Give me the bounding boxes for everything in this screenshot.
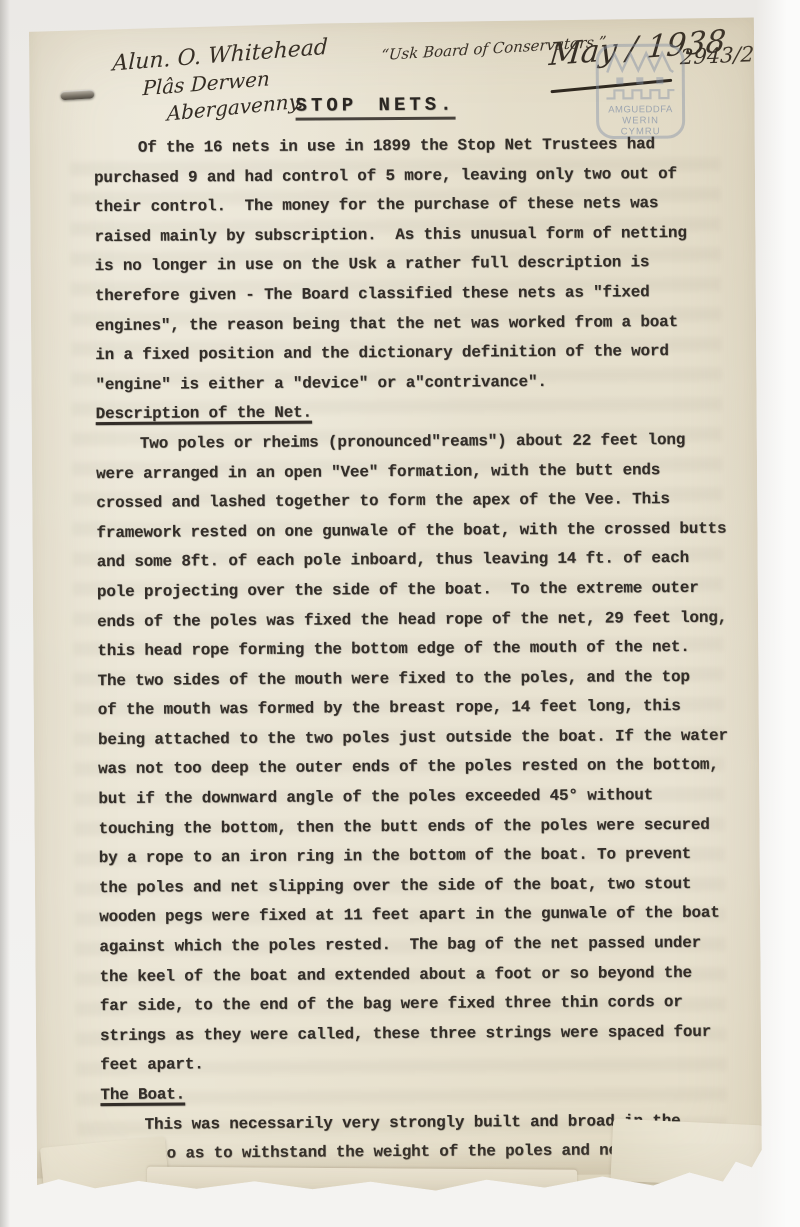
typed-line: pole projecting over the side of the boa… — [97, 573, 749, 607]
typed-line: purchased 9 and had control of 5 more, l… — [94, 159, 746, 193]
typed-line: raised mainly by subscription. As this u… — [94, 218, 746, 252]
typed-line: was not too deep the outer ends of the p… — [98, 751, 750, 785]
stamp-text-line-1: AMGUEDDFA — [608, 104, 673, 115]
typed-body: Of the 16 nets in use in 1899 the Stop N… — [94, 130, 753, 1170]
document-title: STOP NETS. — [295, 94, 455, 121]
typed-line: their control. The money for the purchas… — [94, 189, 746, 223]
typed-line: of the mouth was formed by the breast ro… — [98, 692, 750, 726]
typed-line: touching the bottom, then the butt ends … — [98, 810, 750, 844]
typed-line: by a rope to an iron ring in the bottom … — [99, 840, 751, 874]
typed-line: were arranged in an open "Vee" formation… — [96, 455, 748, 489]
typed-line: ends of the poles was fixed the head rop… — [97, 603, 749, 637]
typed-line: wooden pegs were fixed at 11 feet apart … — [99, 899, 751, 933]
typed-line: the poles and net slipping over the side… — [99, 869, 751, 903]
typed-line: the keel of the boat and extended about … — [99, 958, 751, 992]
paper-sheet: Alun. O. Whitehead Plâs Derwen Abergaven… — [29, 17, 762, 1194]
typed-line: far side, to the end of the bag were fix… — [100, 988, 752, 1022]
background-left-shade — [0, 0, 10, 1227]
stamp-square-icon — [616, 77, 623, 84]
typed-line: against which the poles rested. The bag … — [99, 929, 751, 963]
typed-line: therefore given - The Board classified t… — [95, 278, 747, 312]
typed-line: crossed and lashed together to form the … — [96, 485, 748, 519]
typed-line: Two poles or rheims (pronounced"reams") … — [96, 425, 748, 459]
stamp-crown-zigzag-icon — [607, 53, 673, 72]
stamp-battlement-icon — [606, 90, 674, 98]
stamp-text-line-2: WERIN — [622, 115, 659, 126]
scanned-document-photo: Alun. O. Whitehead Plâs Derwen Abergaven… — [0, 0, 800, 1227]
typed-line: "engine" is either a "device" or a"contr… — [95, 366, 747, 400]
typed-line: Of the 16 nets in use in 1899 the Stop N… — [94, 130, 746, 164]
typed-line: framework rested on one gunwale of the b… — [96, 514, 748, 548]
typed-line: being attached to the two poles just out… — [98, 721, 750, 755]
typed-line: This was necessarily very strongly built… — [101, 1106, 753, 1140]
typed-line: feet apart. — [100, 1047, 752, 1081]
typed-section-heading: Description of the Net. — [96, 396, 748, 430]
typed-line: strings as they were called, these three… — [100, 1017, 752, 1051]
typed-line: and some 8ft. of each pole inboard, thus… — [97, 544, 749, 578]
typed-line: The two sides of the mouth were fixed to… — [97, 662, 749, 696]
stamp-square-icon — [656, 77, 663, 84]
typed-line: in a fixed position and the dictionary d… — [95, 337, 747, 371]
typed-line: this head rope forming the bottom edge o… — [97, 633, 749, 667]
typed-line: is no longer in use on the Usk a rather … — [95, 248, 747, 282]
typed-line: but if the downward angle of the poles e… — [98, 781, 750, 815]
museum-stamp: AMGUEDDFA WERIN CYMRU — [594, 42, 687, 141]
stamp-square-icon — [636, 77, 643, 84]
staple-icon — [60, 89, 94, 100]
typed-section-heading: The Boat. — [100, 1077, 752, 1111]
bottom-crease — [37, 1145, 762, 1178]
typed-line: engines", the reason being that the net … — [95, 307, 747, 341]
handwritten-reference-number: 2943/2 — [680, 42, 755, 69]
background-right-highlight — [756, 0, 800, 1227]
